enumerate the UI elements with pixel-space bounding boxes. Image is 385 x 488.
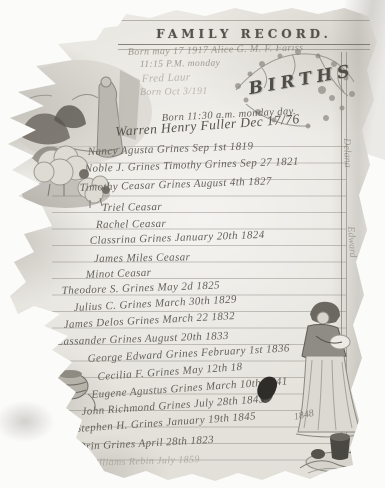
scanned-family-record-page: FAMILY RECORD. [0, 0, 385, 488]
annotation-birth-note-3: Born Oct 3/191 [140, 86, 208, 98]
top-border-rule [115, 20, 373, 21]
birth-record: Minot Ceasar [86, 267, 152, 281]
torn-paper-sheet: FAMILY RECORD. [0, 0, 385, 488]
page-title: FAMILY RECORD. [118, 27, 370, 41]
birth-record: James Miles Ceasar [94, 251, 191, 265]
right-margin-script-2: Edward [345, 226, 358, 258]
background-smudge [0, 390, 55, 460]
pen-flourish [298, 450, 370, 476]
annotation-name-note: Fred Laur [142, 71, 191, 85]
birth-record: Triel Ceasar [102, 201, 162, 214]
annotation-birth-note-2: 11:15 P.M. monday [140, 59, 220, 70]
birth-record: Rachel Ceasar [96, 218, 166, 231]
right-margin-script-1: Delana [341, 138, 353, 168]
